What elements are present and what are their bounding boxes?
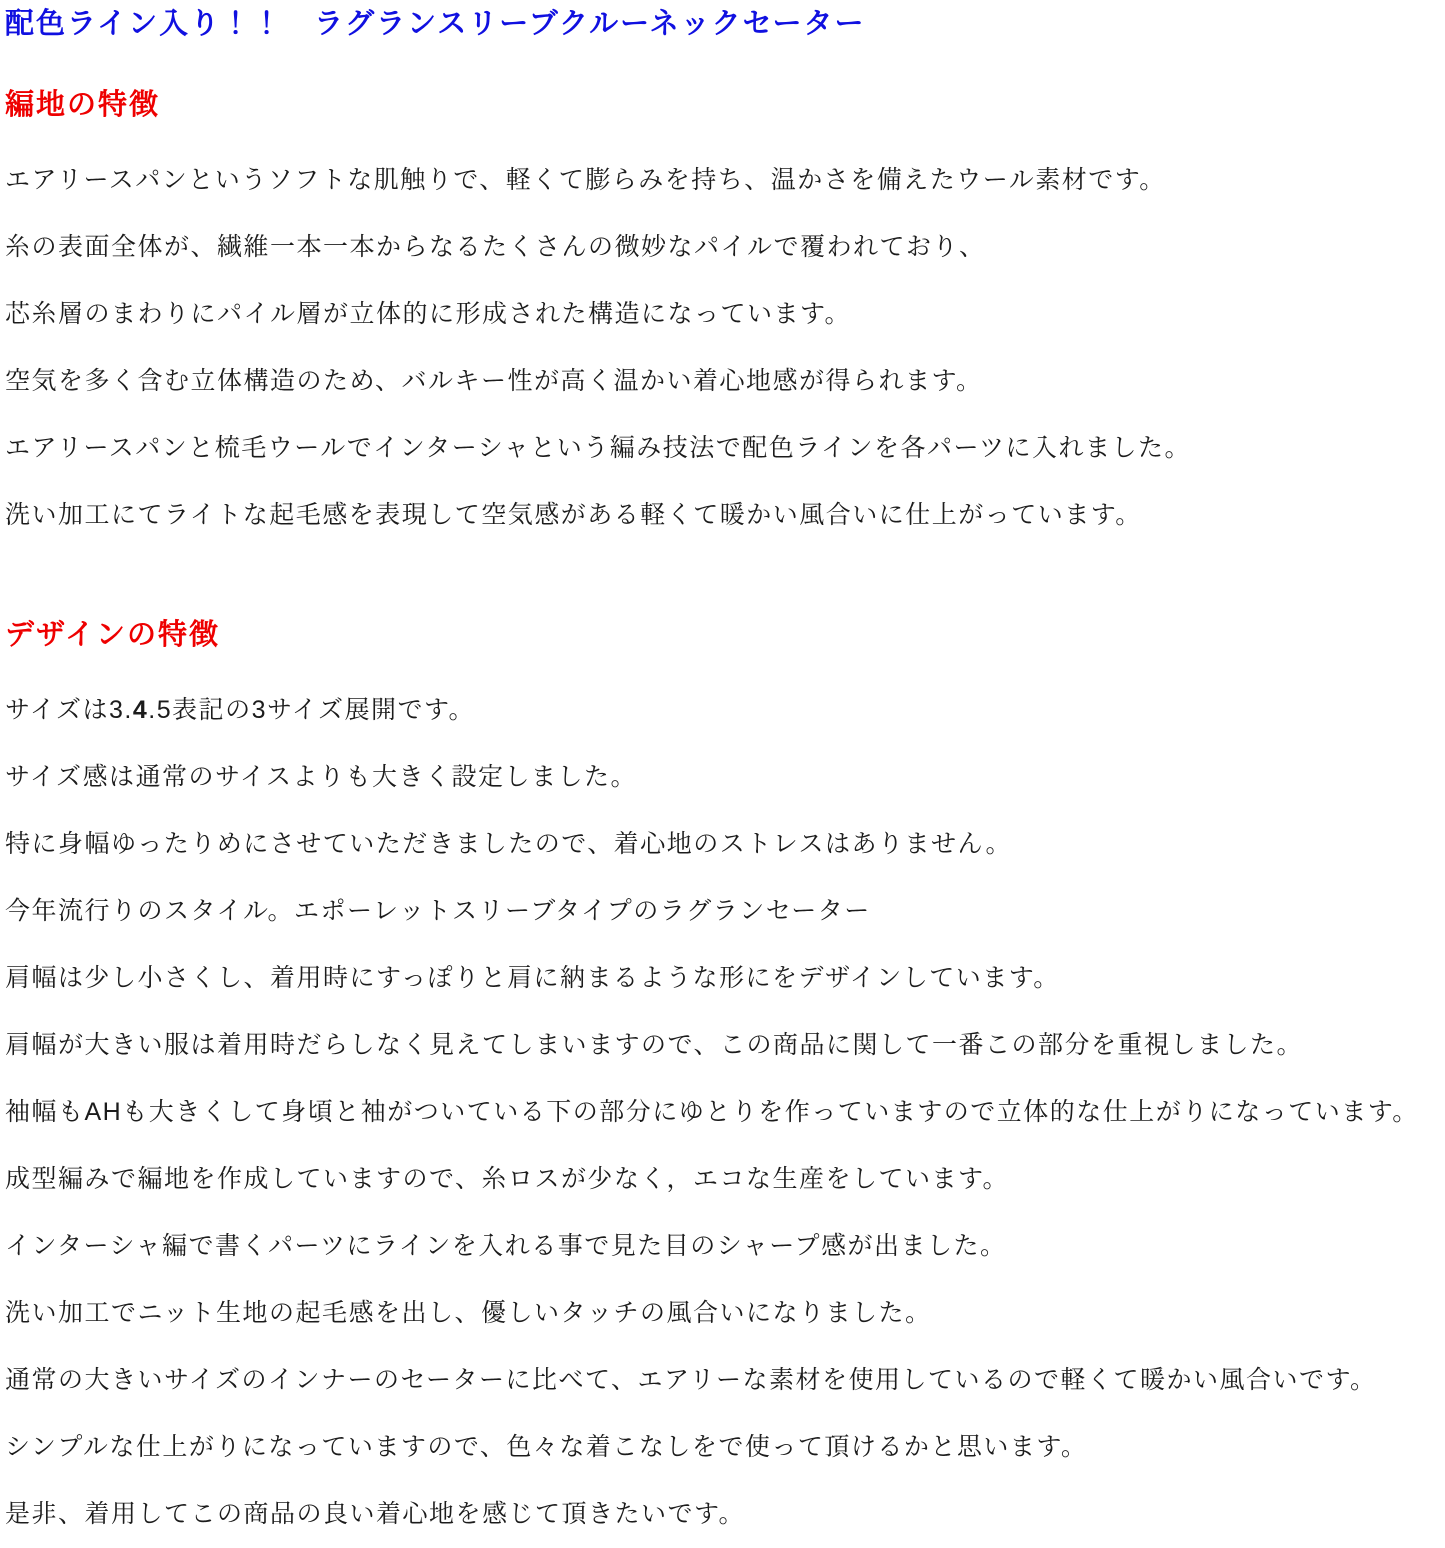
size-notation-bold: 4 xyxy=(133,696,148,724)
paragraph-design-10: 通常の大きいサイズのインナーのセーターに比べて、エアリーな素材を使用しているので… xyxy=(5,1365,1445,1395)
size-notation-post: .5表記の3サイズ展開です。 xyxy=(148,696,475,724)
paragraph-design-4: 肩幅は少し小さくし、着用時にすっぽりと肩に納まるような形にをデザインしています。 xyxy=(5,963,1445,993)
paragraph-knit-6: 洗い加工にてライトな起毛感を表現して空気感がある軽くて暖かい風合いに仕上がってい… xyxy=(5,500,1445,530)
paragraph-knit-2: 糸の表面全体が、繊維一本一本からなるたくさんの微妙なパイルで覆われており、 xyxy=(5,232,1445,262)
size-notation-pre: サイズは3. xyxy=(5,696,133,724)
paragraph-design-8: インターシャ編で書くパーツにラインを入れる事で見た目のシャープ感が出ました。 xyxy=(5,1231,1445,1261)
paragraph-knit-3: 芯糸層のまわりにパイル層が立体的に形成された構造になっています。 xyxy=(5,299,1445,329)
paragraph-design-2: 特に身幅ゆったりめにさせていただきましたので、着心地のストレスはありません。 xyxy=(5,829,1445,859)
paragraph-design-9: 洗い加工でニット生地の起毛感を出し、優しいタッチの風合いになりました。 xyxy=(5,1298,1445,1328)
paragraph-knit-5: エアリースパンと梳毛ウールでインターシャという編み技法で配色ラインを各パーツに入… xyxy=(5,433,1445,463)
paragraph-design-size-notation: サイズは3.4.5表記の3サイズ展開です。 xyxy=(5,695,1445,725)
section-heading-design-features: デザインの特徴 xyxy=(5,617,1445,653)
section-heading-knit-features: 編地の特徴 xyxy=(5,87,1445,123)
paragraph-design-7: 成型編みで編地を作成していますので、糸ロスが少なく，エコな生産をしています。 xyxy=(5,1164,1445,1194)
paragraph-design-3: 今年流行りのスタイル。エポーレットスリーブタイプのラグランセーター xyxy=(5,896,1445,926)
paragraph-design-6: 袖幅もAHも大きくして身頃と袖がついている下の部分にゆとりを作っていますので立体… xyxy=(5,1097,1445,1127)
paragraph-design-1: サイズ感は通常のサイスよりも大きく設定しました。 xyxy=(5,762,1445,792)
paragraph-design-12: 是非、着用してこの商品の良い着心地を感じて頂きたいです。 xyxy=(5,1499,1445,1529)
paragraph-knit-4: 空気を多く含む立体構造のため、バルキー性が高く温かい着心地感が得られます。 xyxy=(5,366,1445,396)
product-description-document: 配色ライン入り！！ ラグランスリーブクルーネックセーター 編地の特徴 エアリース… xyxy=(0,0,1445,1548)
paragraph-design-11: シンプルな仕上がりになっていますので、色々な着こなしをで使って頂けるかと思います… xyxy=(5,1432,1445,1462)
paragraph-design-5: 肩幅が大きい服は着用時だらしなく見えてしまいますので、この商品に関して一番この部… xyxy=(5,1030,1445,1060)
product-title: 配色ライン入り！！ ラグランスリーブクルーネックセーター xyxy=(5,6,1445,42)
paragraph-knit-1: エアリースパンというソフトな肌触りで、軽くて膨らみを持ち、温かさを備えたウール素… xyxy=(5,165,1445,195)
